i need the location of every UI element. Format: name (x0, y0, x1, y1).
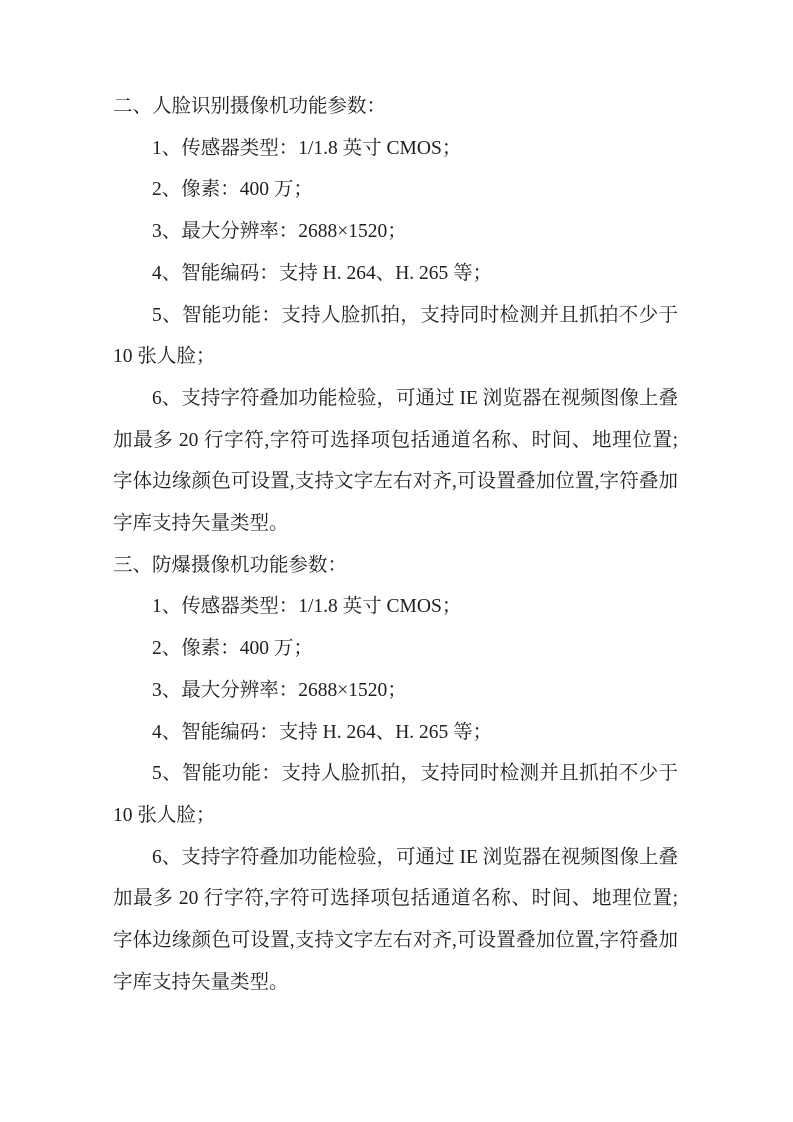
spec-item-smart-encoding: 4、智能编码：支持 H. 264、H. 265 等； (113, 712, 678, 754)
section-explosion-proof-camera: 三、防爆摄像机功能参数： 1、传感器类型：1/1.8 英寸 CMOS； 2、像素… (113, 545, 678, 1004)
spec-item-smart-function: 5、智能功能：支持人脸抓拍，支持同时检测并且抓拍不少于 10 张人脸； (113, 753, 678, 836)
spec-item-osd-overlay: 6、支持字符叠加功能检验，可通过 IE 浏览器在视频图像上叠加最多 20 行字符… (113, 378, 678, 545)
section-heading: 三、防爆摄像机功能参数： (113, 545, 678, 587)
spec-item-sensor-type: 1、传感器类型：1/1.8 英寸 CMOS； (113, 128, 678, 170)
document-body: 二、人脸识别摄像机功能参数： 1、传感器类型：1/1.8 英寸 CMOS； 2、… (113, 86, 678, 1003)
spec-item-pixels: 2、像素：400 万； (113, 169, 678, 211)
spec-item-max-resolution: 3、最大分辨率：2688×1520； (113, 211, 678, 253)
spec-item-smart-function: 5、智能功能：支持人脸抓拍，支持同时检测并且抓拍不少于 10 张人脸； (113, 295, 678, 378)
section-heading: 二、人脸识别摄像机功能参数： (113, 86, 678, 128)
spec-item-sensor-type: 1、传感器类型：1/1.8 英寸 CMOS； (113, 586, 678, 628)
spec-item-osd-overlay: 6、支持字符叠加功能检验，可通过 IE 浏览器在视频图像上叠加最多 20 行字符… (113, 837, 678, 1004)
spec-item-pixels: 2、像素：400 万； (113, 628, 678, 670)
section-face-recognition-camera: 二、人脸识别摄像机功能参数： 1、传感器类型：1/1.8 英寸 CMOS； 2、… (113, 86, 678, 545)
spec-item-max-resolution: 3、最大分辨率：2688×1520； (113, 670, 678, 712)
spec-item-smart-encoding: 4、智能编码：支持 H. 264、H. 265 等； (113, 253, 678, 295)
document-page: 二、人脸识别摄像机功能参数： 1、传感器类型：1/1.8 英寸 CMOS； 2、… (0, 0, 793, 1122)
